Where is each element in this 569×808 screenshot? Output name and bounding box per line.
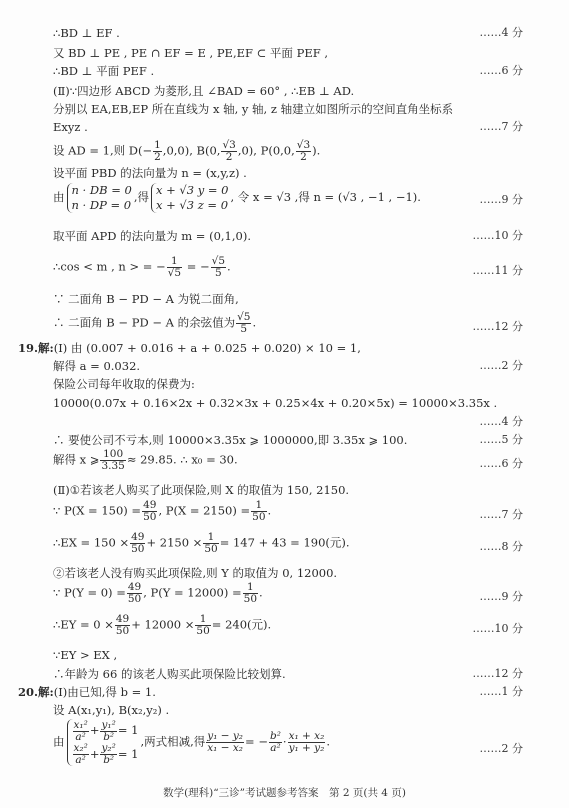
denominator: 5 (236, 324, 251, 335)
denominator: 50 (251, 512, 266, 523)
score-mark: ……10 分 (473, 622, 524, 636)
denominator: 2 (221, 152, 236, 163)
text-fragment: 设 AD = 1,则 D(− (53, 144, 152, 158)
text-fragment: ∵ P(Y = 0) = (53, 586, 126, 600)
solution-line: (Ⅱ)∵四边形 ABCD 为菱形,且 ∠BAD = 60° , ∴EB ⊥ AD… (53, 84, 354, 98)
denominator: 50 (195, 626, 210, 637)
denominator: 50 (130, 544, 145, 555)
solution-line: Exyz . (53, 120, 88, 134)
denominator: b² (100, 732, 116, 743)
text-fragment: ∴EY = 0 × (53, 618, 114, 632)
fraction: 4950 (142, 500, 157, 523)
solution-line: (Ⅱ)①若该老人购买了此项保险,则 X 的取值为 150, 2150. (53, 483, 349, 497)
equation: x + √3 y = 0 (156, 183, 229, 198)
denominator: x₁ − x₂ (206, 743, 244, 754)
denominator: 5 (211, 268, 226, 279)
score-mark: ……12 分 (473, 667, 524, 681)
text-fragment: ≈ 29.85. ∴ x₀ = 30. (127, 453, 238, 467)
solution-line-ey: ∴EY = 0 ×4950+ 12000 ×150= 240(元). (53, 614, 271, 637)
solution-line-result: ∴ 二面角 B − PD − A 的余弦值为√55. (53, 312, 256, 335)
fraction: y₁ − y₂x₁ − x₂ (206, 731, 244, 754)
equation-system: x + √3 y = 0x + √3 z = 0 (151, 183, 229, 213)
denominator: √5 (167, 268, 182, 279)
solution-line: ∴年龄为 66 的该老人购买此项保险比较划算. (53, 667, 286, 681)
text-fragment: 由 (53, 190, 65, 204)
fraction: √55 (211, 256, 226, 279)
score-mark: ……9 分 (480, 590, 524, 604)
denominator: b² (100, 755, 116, 766)
fraction: x₂²a² (73, 743, 89, 766)
fraction: 4950 (127, 582, 142, 605)
score-mark: ……6 分 (480, 457, 524, 471)
rhs: = 1 (118, 747, 139, 761)
text-fragment: ∴cos < m , n > = − (53, 260, 166, 274)
solution-line: 保险公司每年收取的保费为: (53, 377, 195, 391)
score-mark: ……8 分 (480, 540, 524, 554)
score-mark: ……4 分 (480, 415, 524, 429)
text-fragment: = 147 + 43 = 190(元). (220, 536, 350, 550)
score-mark: ……4 分 (480, 26, 524, 40)
text-fragment: (Ⅰ) 由 (0.007 + 0.016 + a + 0.025 + 0.020… (54, 341, 361, 355)
score-mark: ……10 分 (473, 229, 524, 243)
text-fragment: . (227, 260, 231, 274)
solution-line-coordinates: 设 AD = 1,则 D(−12,0,0), B(0,√32,0), P(0,0… (53, 140, 320, 163)
text-fragment: 解得 x ⩾ (53, 453, 99, 467)
equation: n · DP = 0 (72, 198, 132, 213)
problem-label: 19.解: (18, 341, 54, 355)
text-fragment: . (268, 504, 272, 518)
problem-label: 20.解: (18, 685, 54, 699)
fraction: 4950 (130, 532, 145, 555)
solution-line-ex: ∴EX = 150 ×4950+ 2150 ×150= 147 + 43 = 1… (53, 532, 350, 555)
fraction: 150 (203, 532, 218, 555)
text-fragment: ,得 (134, 190, 149, 204)
denominator: 50 (203, 544, 218, 555)
solution-line-cosine: ∴cos < m , n > = −1√5 = −√55. (53, 256, 231, 279)
score-mark: ……9 分 (480, 193, 524, 207)
score-mark: ……7 分 (480, 120, 524, 134)
solution-line: 解得 a = 0.032. (53, 359, 140, 373)
solution-line: ∵ 二面角 B − PD − A 为锐二面角, (53, 292, 239, 306)
denominator: 3.35 (100, 461, 125, 472)
fraction: b²a² (269, 731, 282, 754)
problem-20-header: 20.解:(Ⅰ)由已知,得 b = 1. (18, 685, 156, 699)
fraction: 12 (153, 140, 162, 163)
text-fragment: ). (312, 144, 320, 158)
text-fragment: = − (183, 260, 210, 274)
score-mark: ……1 分 (480, 685, 524, 699)
text-fragment: , P(X = 2150) = (158, 504, 250, 518)
solution-line: ∴BD ⊥ EF . (53, 26, 120, 40)
fraction: √32 (296, 140, 311, 163)
fraction: 4950 (115, 614, 130, 637)
solution-line-prob-x: ∵ P(X = 150) =4950, P(X = 2150) =150. (53, 500, 271, 523)
text-fragment: = 240(元). (212, 618, 271, 632)
fraction: √32 (221, 140, 236, 163)
denominator: y₁ + y₂ (288, 743, 326, 754)
denominator: 50 (243, 594, 258, 605)
fraction: 150 (243, 582, 258, 605)
text-fragment: , P(Y = 12000) = (143, 586, 241, 600)
fraction: x₁²a² (73, 720, 89, 743)
score-mark: ……2 分 (480, 359, 524, 373)
denominator: 2 (296, 152, 311, 163)
text-fragment: + 2150 × (146, 536, 202, 550)
fraction: y₁²b² (100, 720, 116, 743)
text-fragment: ,0), P(0,0, (238, 144, 295, 158)
text-fragment: ∴EX = 150 × (53, 536, 129, 550)
page-footer: 数学(理科)“三诊”考试题参考答案 第 2 页(共 4 页) (0, 785, 569, 800)
solution-line: ∴ 要使公司不亏本,则 10000×3.35x ⩾ 1000000,即 3.35… (53, 433, 407, 447)
fraction: 1√5 (167, 256, 182, 279)
equation-system: n · DB = 0n · DP = 0 (67, 183, 132, 213)
text-fragment: ,两式相减,得 (140, 735, 205, 749)
fraction: 150 (195, 614, 210, 637)
answer-key-page: ∴BD ⊥ EF . ……4 分 又 BD ⊥ PE , PE ∩ EF = E… (0, 0, 569, 808)
solution-line-ellipse-system: 由 x₁²a²+y₁²b²= 1 x₂²a²+y₂²b²= 1 ,两式相减,得y… (53, 719, 330, 766)
denominator: a² (73, 732, 89, 743)
equation: x₂²a²+y₂²b²= 1 (72, 743, 139, 767)
text-fragment: · (283, 735, 287, 749)
fraction: 1003.35 (100, 449, 125, 472)
solution-line: 取平面 APD 的法向量为 m = (0,1,0). (53, 229, 251, 243)
denominator: 2 (153, 152, 162, 163)
solution-line: ∴BD ⊥ 平面 PEF . (53, 64, 154, 78)
denominator: 50 (127, 594, 142, 605)
numerator: y₁² (100, 720, 116, 732)
equation: n · DB = 0 (72, 183, 132, 198)
score-mark: ……11 分 (473, 264, 524, 278)
fraction: √55 (236, 312, 251, 335)
text-fragment: ,0,0), B(0, (163, 144, 221, 158)
problem-19-header: 19.解:(Ⅰ) 由 (0.007 + 0.016 + a + 0.025 + … (18, 341, 361, 355)
denominator: 50 (142, 512, 157, 523)
score-mark: ……12 分 (473, 320, 524, 334)
denominator: a² (73, 755, 89, 766)
text-fragment: . (252, 316, 256, 330)
fraction: x₁ + x₂y₁ + y₂ (288, 731, 326, 754)
solution-line: 设平面 PBD 的法向量为 n = (x,y,z) . (53, 166, 247, 180)
fraction: 150 (251, 500, 266, 523)
text-fragment: ∵ P(X = 150) = (53, 504, 141, 518)
text-fragment: = − (245, 735, 268, 749)
solution-line-system: 由n · DB = 0n · DP = 0,得x + √3 y = 0x + √… (53, 183, 421, 213)
solution-line: ②若该老人没有购买此项保险,则 Y 的取值为 0, 12000. (53, 566, 337, 580)
text-fragment: . (259, 586, 263, 600)
rhs: = 1 (118, 723, 139, 737)
solution-line: 分别以 EA,EB,EP 所在直线为 x 轴, y 轴, z 轴建立如图所示的空… (53, 102, 453, 116)
text-fragment: + 12000 × (131, 618, 194, 632)
solution-line: 10000(0.07x + 0.16×2x + 0.32×3x + 0.25×4… (53, 396, 497, 410)
solution-line: ∵EY > EX , (53, 648, 117, 662)
score-mark: ……2 分 (480, 742, 524, 756)
score-mark: ……6 分 (480, 64, 524, 78)
text-fragment: (Ⅰ)由已知,得 b = 1. (54, 685, 156, 699)
solution-line-solve-x: 解得 x ⩾1003.35≈ 29.85. ∴ x₀ = 30. (53, 449, 238, 472)
numerator: x₁² (73, 720, 89, 732)
denominator: 50 (115, 626, 130, 637)
equation: x + √3 z = 0 (156, 198, 229, 213)
solution-line: 又 BD ⊥ PE , PE ∩ EF = E , PE,EF ⊂ 平面 PEF… (53, 46, 328, 60)
text-fragment: ∴ 二面角 B − PD − A 的余弦值为 (53, 316, 235, 330)
equation: x₁²a²+y₁²b²= 1 (72, 719, 139, 743)
solution-line-prob-y: ∵ P(Y = 0) =4950, P(Y = 12000) =150. (53, 582, 263, 605)
text-fragment: 由 (53, 735, 65, 749)
score-mark: ……7 分 (480, 508, 524, 522)
fraction: y₂²b² (100, 743, 116, 766)
text-fragment: . (326, 735, 330, 749)
solution-line: 设 A(x₁,y₁), B(x₂,y₂) . (53, 703, 169, 717)
denominator: a² (269, 743, 282, 754)
text-fragment: , 令 x = √3 ,得 n = (√3 , −1 , −1). (230, 190, 420, 204)
score-mark: ……5 分 (480, 433, 524, 447)
equation-system: x₁²a²+y₁²b²= 1 x₂²a²+y₂²b²= 1 (67, 719, 139, 766)
